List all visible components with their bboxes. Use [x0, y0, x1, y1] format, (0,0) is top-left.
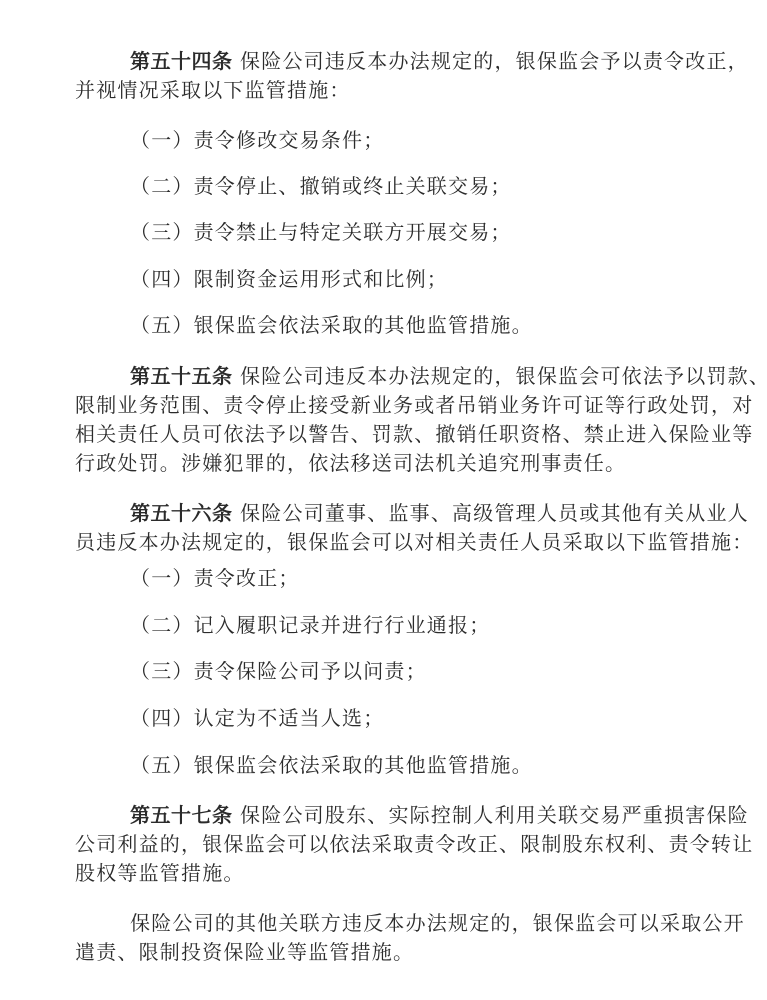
article-57-line-1: 第五十七条 保险公司股东、实际控制人利用关联交易严重损害保险 — [130, 800, 749, 830]
article-55-line-2: 限制业务范围、责令停止接受新业务或者吊销业务许可证等行政处罚，对 — [75, 390, 753, 420]
list-item: （五）银保监会依法采取的其他监管措施。 — [130, 310, 533, 340]
list-item: （一）责令修改交易条件； — [130, 125, 384, 155]
article-number: 第五十七条 — [130, 803, 233, 827]
article-56-line-2: 员违反本办法规定的，银保监会可以对相关责任人员采取以下监管措施： — [75, 527, 753, 557]
article-55-line-4: 行政处罚。涉嫌犯罪的，依法移送司法机关追究刑事责任。 — [75, 448, 626, 478]
list-item: （三）责令禁止与特定关联方开展交易； — [130, 217, 512, 247]
list-item: （四）限制资金运用形式和比例； — [130, 264, 448, 294]
list-item: （一）责令改正； — [130, 563, 300, 593]
article-55-line-3: 相关责任人员可依法予以警告、罚款、撤销任职资格、禁止进入保险业等 — [75, 419, 753, 449]
article-55-line-1: 第五十五条 保险公司违反本办法规定的，银保监会可依法予以罚款、 — [130, 361, 767, 391]
list-item: （五）银保监会依法采取的其他监管措施。 — [130, 750, 533, 780]
article-54-line-1: 第五十四条 保险公司违反本办法规定的，银保监会予以责令改正， — [130, 46, 749, 76]
list-item: （三）责令保险公司予以问责； — [130, 656, 427, 686]
article-number: 第五十六条 — [130, 501, 233, 525]
article-56-line-1: 第五十六条 保险公司董事、监事、高级管理人员或其他有关从业人 — [130, 498, 749, 528]
article-number: 第五十五条 — [130, 364, 233, 388]
article-number: 第五十四条 — [130, 49, 233, 73]
list-item: （四）认定为不适当人选； — [130, 703, 384, 733]
article-57-line-3: 股权等监管措施。 — [75, 858, 245, 888]
closing-paragraph-line-1: 保险公司的其他关联方违反本办法规定的，银保监会可以采取公开 — [130, 908, 745, 938]
list-item: （二）责令停止、撤销或终止关联交易； — [130, 171, 512, 201]
closing-paragraph-line-2: 遣责、限制投资保险业等监管措施。 — [75, 937, 414, 967]
list-item: （二）记入履职记录并进行行业通报； — [130, 610, 490, 640]
article-57-line-2: 公司利益的，银保监会可以依法采取责令改正、限制股东权利、责令转让 — [75, 829, 753, 859]
article-54-line-2: 并视情况采取以下监管措施： — [75, 75, 351, 105]
